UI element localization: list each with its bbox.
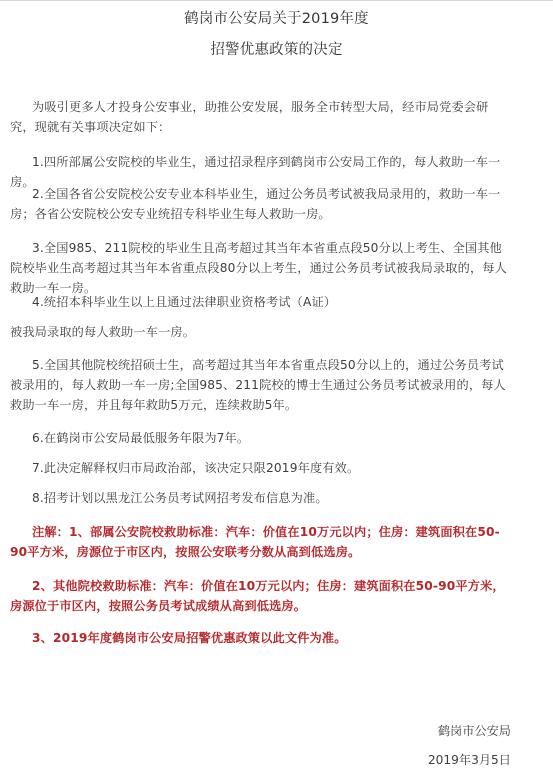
item-4-continued: 被我局录取的每人救助一车一房。 [10, 322, 510, 342]
note-1: 注解：1、部属公安院校救助标准：汽车：价值在10万元以内；住房：建筑面积在50-… [10, 522, 510, 562]
intro-paragraph: 为吸引更多人才投身公安事业，助推公安发展，服务全市转型大局，经市局党委会研究，现… [10, 97, 510, 137]
note-2: 2、其他院校救助标准：汽车：价值在10万元以内；住房：建筑面积在50-90平方米… [10, 576, 510, 616]
document-title-line2: 招警优惠政策的决定 [0, 38, 553, 59]
top-divider [0, 0, 553, 1]
date: 2019年3月5日 [428, 751, 511, 768]
item-7: 7.此决定解释权归市局政治部，该决定只限2019年度有效。 [10, 458, 510, 478]
item-2: 2.全国各省公安院校公安专业本科毕业生，通过公务员考试被我局录用的，救助一车一房… [10, 184, 510, 224]
item-4: 4.统招本科毕业生以上且通过法律职业资格考试（A证） [10, 292, 510, 312]
item-8: 8.招考计划以黑龙江公务员考试网招考发布信息为准。 [10, 488, 510, 508]
signature: 鹤岗市公安局 [438, 722, 511, 739]
document-title-line1: 鹤岗市公安局关于2019年度 [0, 7, 553, 28]
note-3: 3、2019年度鹤岗市公安局招警优惠政策以此文件为准。 [10, 628, 510, 648]
item-3: 3.全国985、211院校的毕业生且高考超过其当年本省重点段50分以上考生、全国… [10, 238, 510, 298]
item-6: 6.在鹤岗市公安局最低服务年限为7年。 [10, 428, 510, 448]
item-5: 5.全国其他院校统招硕士生，高考超过其当年本省重点段50分以上的，通过公务员考试… [10, 355, 510, 415]
